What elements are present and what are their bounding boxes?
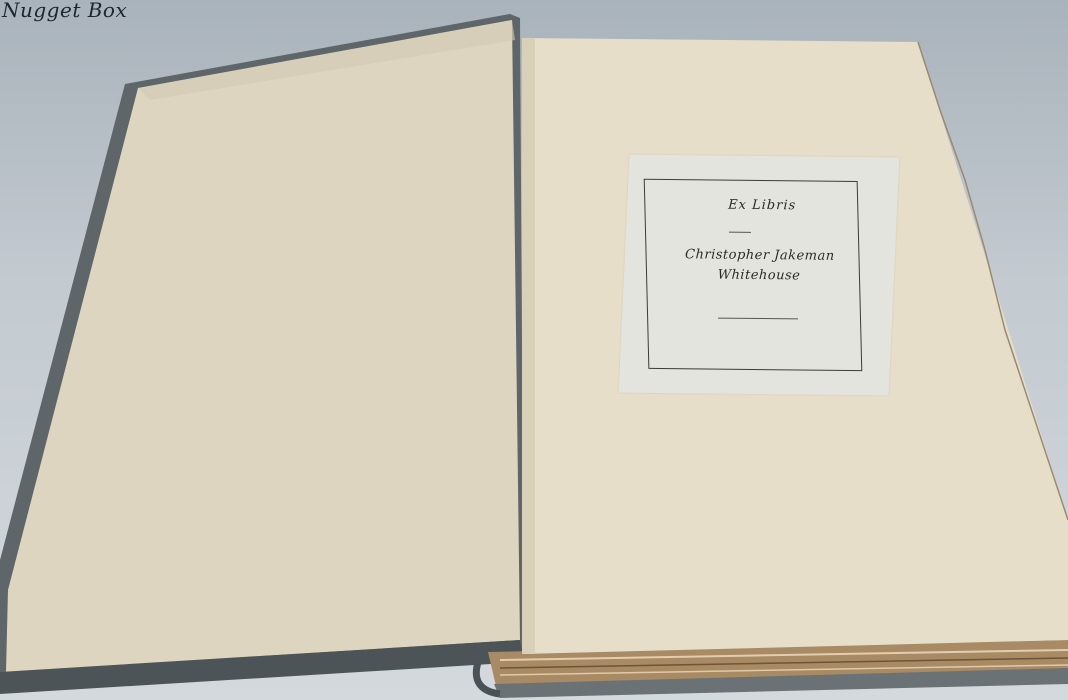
open-book <box>0 0 1068 700</box>
bookplate-short-rule <box>729 232 751 233</box>
bookplate-title: Ex Libris <box>627 197 898 215</box>
bookplate-owner-name: Christopher Jakeman <box>625 247 896 265</box>
photo-scene: Nugget Box Ex Libris Christopher Jakeman… <box>0 0 1068 700</box>
watermark-text: Nugget Box <box>2 0 127 22</box>
front-pastedown <box>6 20 520 672</box>
ex-libris-bookplate: Ex Libris Christopher Jakeman Whitehouse <box>619 155 900 396</box>
bookplate-owner-surname: Whitehouse <box>624 267 895 285</box>
